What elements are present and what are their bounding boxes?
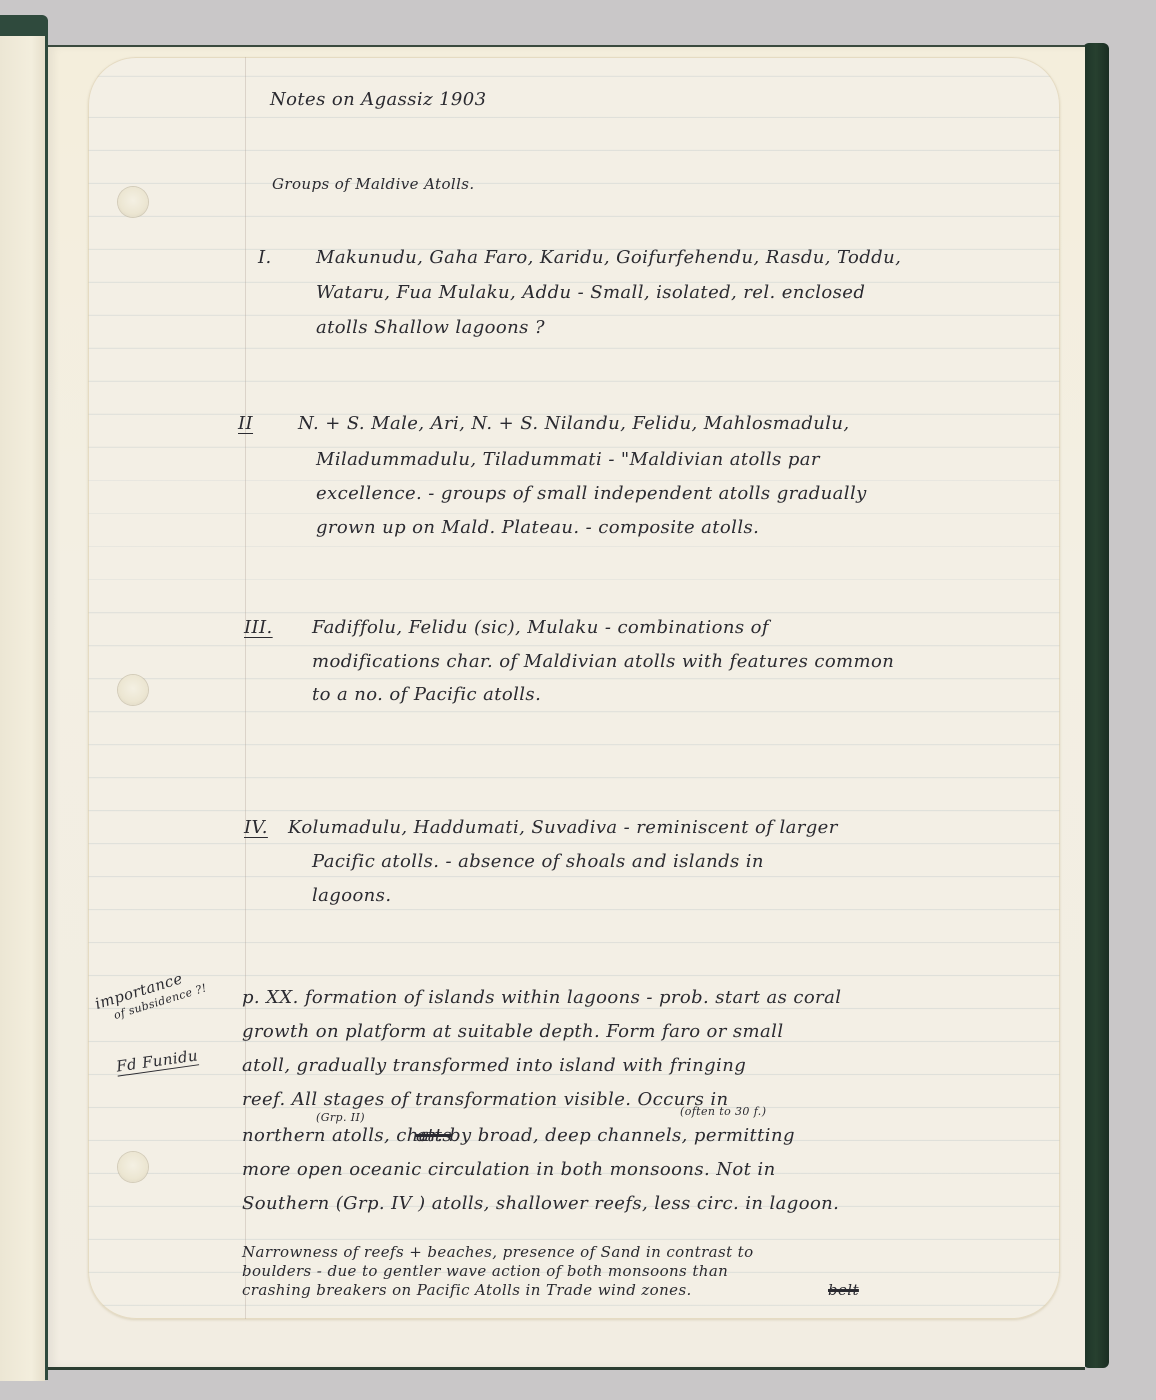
paragraph-line: reef. All stages of transformation visib… [242, 1089, 729, 1110]
notebook-spine [1083, 43, 1109, 1368]
punch-hole-top [118, 187, 148, 217]
group-line: N. + S. Male, Ari, N. + S. Nilandu, Feli… [298, 413, 850, 434]
struck-word: belt [828, 1281, 859, 1299]
page-title: Notes on Agassiz 1903 [270, 89, 486, 110]
group-line: modifications char. of Maldivian atolls … [312, 651, 894, 672]
punch-hole-middle [118, 675, 148, 705]
group-numeral: III. [244, 617, 273, 638]
struck-word: atts [416, 1125, 452, 1146]
group-line: grown up on Mald. Plateau. - composite a… [316, 517, 759, 538]
paragraph-line: Southern (Grp. IV ) atolls, shallower re… [242, 1193, 839, 1214]
group-line: Makunudu, Gaha Faro, Karidu, Goifurfehen… [316, 247, 901, 268]
insert-grp-ii: (Grp. II) [316, 1111, 365, 1124]
group-numeral: IV. [244, 817, 268, 838]
paragraph-line: crashing breakers on Pacific Atolls in T… [242, 1281, 692, 1299]
group-line: to a no. of Pacific atolls. [312, 684, 541, 705]
group-line: atolls Shallow lagoons ? [316, 317, 545, 338]
paragraph-line: more open oceanic circulation in both mo… [242, 1159, 776, 1180]
group-line: Kolumadulu, Haddumati, Suvadiva - remini… [288, 817, 838, 838]
group-line: Wataru, Fua Mulaku, Addu - Small, isolat… [316, 282, 865, 303]
group-line: Fadiffolu, Felidu (sic), Mulaku - combin… [312, 617, 769, 638]
paragraph-line: Narrowness of reefs + beaches, presence … [242, 1243, 754, 1261]
paragraph-line: growth on platform at suitable depth. Fo… [242, 1021, 783, 1042]
group-numeral: I. [258, 247, 272, 268]
group-line: Miladummadulu, Tiladummati - "Maldivian … [316, 449, 820, 470]
insert-depth: (often to 30 f.) [680, 1105, 766, 1118]
paragraph-line: p. XX. formation of islands within lagoo… [242, 987, 841, 1008]
paragraph-line: boulders - due to gentler wave action of… [242, 1262, 728, 1280]
group-line: excellence. - groups of small independen… [316, 483, 867, 504]
paragraph-line: northern atolls, char. by broad, deep ch… [242, 1125, 795, 1146]
group-numeral: II [238, 413, 253, 434]
left-page-sliver [0, 36, 45, 1381]
group-line: Pacific atolls. - absence of shoals and … [312, 851, 764, 872]
group-line: lagoons. [312, 885, 391, 906]
notebook-page: Notes on Agassiz 1903 Groups of Maldive … [48, 45, 1085, 1370]
page-subtitle: Groups of Maldive Atolls. [272, 175, 475, 193]
punch-hole-bottom [118, 1152, 148, 1182]
paragraph-line: atoll, gradually transformed into island… [242, 1055, 746, 1076]
